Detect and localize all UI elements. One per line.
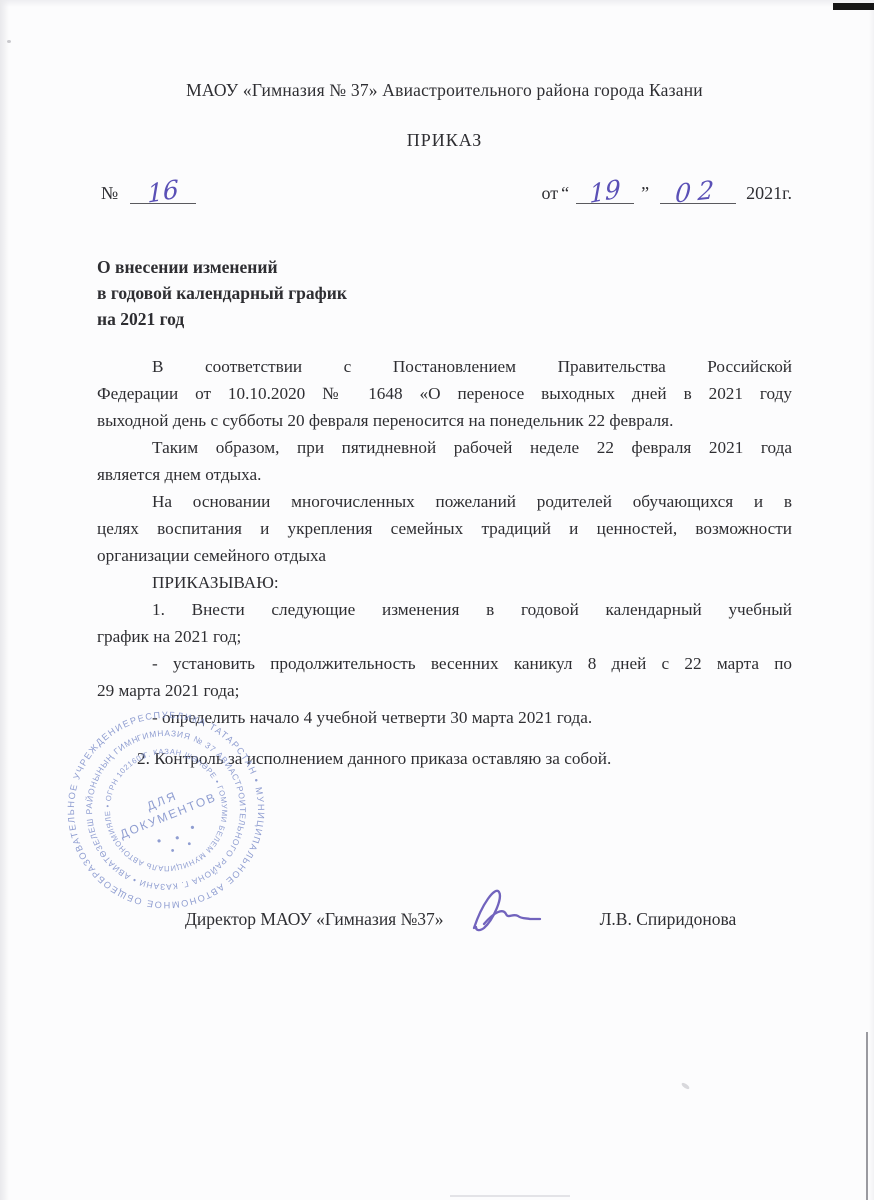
- body-line: 1. Внести следующие изменения в годовой …: [97, 596, 792, 623]
- number-handwritten: 16: [130, 174, 196, 210]
- subject-block: О внесении изменений в годовой календарн…: [97, 254, 792, 332]
- date-year: 2021г.: [746, 183, 792, 204]
- scan-artifact-top-bar: [833, 3, 874, 10]
- organization-name: МАОУ «Гимназия № 37» Авиастроительного р…: [97, 80, 792, 101]
- body-line: 2. Контроль за исполнением данного прика…: [97, 745, 792, 772]
- body-line: ПРИКАЗЫВАЮ:: [97, 569, 792, 596]
- date-open-quote: “: [561, 183, 569, 204]
- body-line: выходной день с субботы 20 февраля перен…: [97, 407, 792, 434]
- date-day-handwritten: 19: [577, 174, 634, 209]
- scan-speck: [450, 1195, 570, 1197]
- body-line: Таким образом, при пятидневной рабочей н…: [97, 434, 792, 461]
- body-line: целях воспитания и укрепления семейных т…: [97, 515, 792, 542]
- body-line: является днем отдыха.: [97, 461, 792, 488]
- body-line: организации семейного отдыха: [97, 542, 792, 569]
- body-line: 29 марта 2021 года;: [97, 677, 792, 704]
- signature-scribble: [466, 882, 552, 938]
- subject-line: в годовой календарный график: [97, 280, 792, 306]
- body-line: В соответствии с Постановлением Правител…: [97, 353, 792, 380]
- number-underline: 16: [130, 183, 196, 204]
- date-close-quote: ”: [641, 183, 649, 204]
- subject-line: О внесении изменений: [97, 254, 792, 280]
- signature-title: Директор МАОУ «Гимназия №37»: [185, 909, 444, 930]
- scan-speck: [7, 40, 11, 43]
- scan-speck: [681, 1082, 691, 1090]
- subject-line: на 2021 год: [97, 306, 792, 332]
- date-day-underline: 19: [576, 183, 634, 204]
- body-line: график на 2021 год;: [97, 623, 792, 650]
- number-label: №: [101, 183, 118, 204]
- document-body: В соответствии с Постановлением Правител…: [97, 353, 792, 772]
- body-line: - определить начало 4 учебной четверти 3…: [97, 704, 792, 731]
- date-month-underline: 02: [660, 183, 736, 204]
- signature-name: Л.В. Спиридонова: [600, 909, 737, 930]
- document-content: МАОУ «Гимназия № 37» Авиастроительного р…: [0, 0, 874, 938]
- scan-artifact-right-edge: [866, 1032, 868, 1200]
- date-from-label: от: [542, 183, 559, 204]
- number-date-row: № 16 от “ 19 ” 02 2021г.: [97, 183, 792, 204]
- body-line: Федерации от 10.10.2020 № 1648 «О перено…: [97, 380, 792, 407]
- order-date: от “ 19 ” 02 2021г.: [542, 183, 793, 204]
- body-line: На основании многочисленных пожеланий ро…: [97, 488, 792, 515]
- signature-row: Директор МАОУ «Гимназия №37» Л.В. Спирид…: [97, 900, 792, 938]
- document-title: ПРИКАЗ: [97, 130, 792, 151]
- document-page: МАОУ «Гимназия № 37» Авиастроительного р…: [0, 0, 874, 1200]
- order-number: № 16: [101, 183, 196, 204]
- date-month-handwritten: 02: [659, 175, 736, 208]
- body-line: - установить продолжительность весенних …: [97, 650, 792, 677]
